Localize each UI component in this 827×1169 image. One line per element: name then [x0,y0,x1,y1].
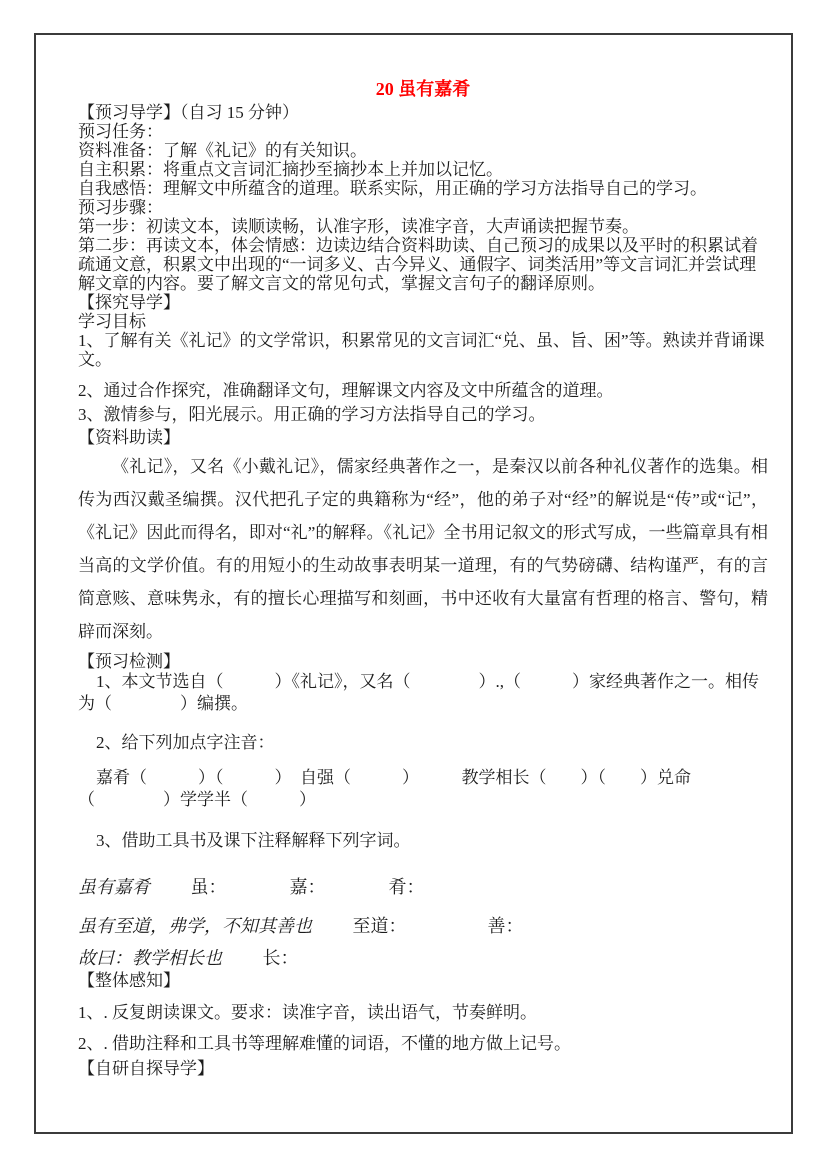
check-question-2: 2、给下列加点字注音： [78,732,768,754]
check-section-header: 【预习检测】 [78,652,768,671]
word-explain-row: 故曰：教学相长也 长： [78,946,768,970]
explore-goals-subtitle: 学习目标 [78,312,768,331]
word-explain-row: 虽有嘉肴 虽： 嘉： 肴： [78,875,768,899]
word-phrase: 虽有至道，弗学，不知其善也 [78,916,312,936]
overall-item-2: 2、. 借助注释和工具书等理解难懂的词语，不懂的地方做上记号。 [78,1033,768,1055]
preview-task-label: 预习任务： [78,122,768,141]
overall-section-header: 【整体感知】 [78,970,768,992]
material-paragraph: 《礼记》，又名《小戴礼记》，儒家经典著作之一，是秦汉以前各种礼仪著作的选集。相传… [78,450,768,648]
document-page: 20 虽有嘉肴 【预习导学】（自习 15 分钟） 预习任务： 资料准备：了解《礼… [34,33,793,1134]
explore-goal-2: 2、通过合作探究，准确翻译文句，理解课文内容及文中所蕴含的道理。 [78,381,768,400]
material-section-header: 【资料助读】 [78,428,768,447]
word-phrase: 虽有嘉肴 [78,877,150,897]
word-labels: 虽： 嘉： 肴： [191,877,425,897]
explore-goal-3: 3、激情参与，阳光展示。用正确的学习方法指导自己的学习。 [78,405,768,424]
preview-step1-line: 第一步：初读文本，读顺读畅，认准字形，读准字音，大声诵读把握节奏。 [78,217,768,236]
preview-material-line: 资料准备：了解《礼记》的有关知识。 [78,141,768,160]
word-explain-row: 虽有至道，弗学，不知其善也 至道： 善： [78,914,768,938]
preview-accumulate-line: 自主积累：将重点文言词汇摘抄至摘抄本上并加以记忆。 [78,160,768,179]
word-labels: 至道： 善： [353,916,524,936]
pinyin-blank-line-2: （ ）学学半（ ） [78,789,768,811]
explore-section-header: 【探究导学】 [78,293,768,312]
word-labels: 长： [263,948,299,968]
selfstudy-section-header: 【自研自探导学】 [78,1058,768,1080]
check-question-1: 1、本文节选自（ ）《礼记》，又名（ ）.,（ ）家经典著作之一。相传为（ ）编… [78,671,768,715]
preview-steps-label: 预习步骤： [78,198,768,217]
explore-goal-1: 1、了解有关《礼记》的文学常识，积累常见的文言词汇“兑、虽、旨、困”等。熟读并背… [78,331,768,369]
page-content: 20 虽有嘉肴 【预习导学】（自习 15 分钟） 预习任务： 资料准备：了解《礼… [36,79,791,1080]
word-phrase: 故曰：教学相长也 [78,948,222,968]
page-title: 20 虽有嘉肴 [78,79,768,99]
preview-section-header: 【预习导学】（自习 15 分钟） [78,103,768,122]
preview-step2-paragraph: 第二步：再读文本，体会情感：边读边结合资料助读、自己预习的成果以及平时的积累试着… [78,236,768,293]
check-question-3: 3、借助工具书及课下注释解释下列字词。 [78,830,768,852]
overall-item-1: 1、. 反复朗读课文。要求：读准字音，读出语气，节奏鲜明。 [78,1002,768,1024]
pinyin-blank-line-1: 嘉肴（ ）（ ） 自强（ ） 教学相长（ ）（ ）兑命 [78,767,768,789]
preview-insight-line: 自我感悟：理解文中所蕴含的道理。联系实际，用正确的学习方法指导自己的学习。 [78,179,768,198]
document-canvas: 20 虽有嘉肴 【预习导学】（自习 15 分钟） 预习任务： 资料准备：了解《礼… [0,0,827,1169]
